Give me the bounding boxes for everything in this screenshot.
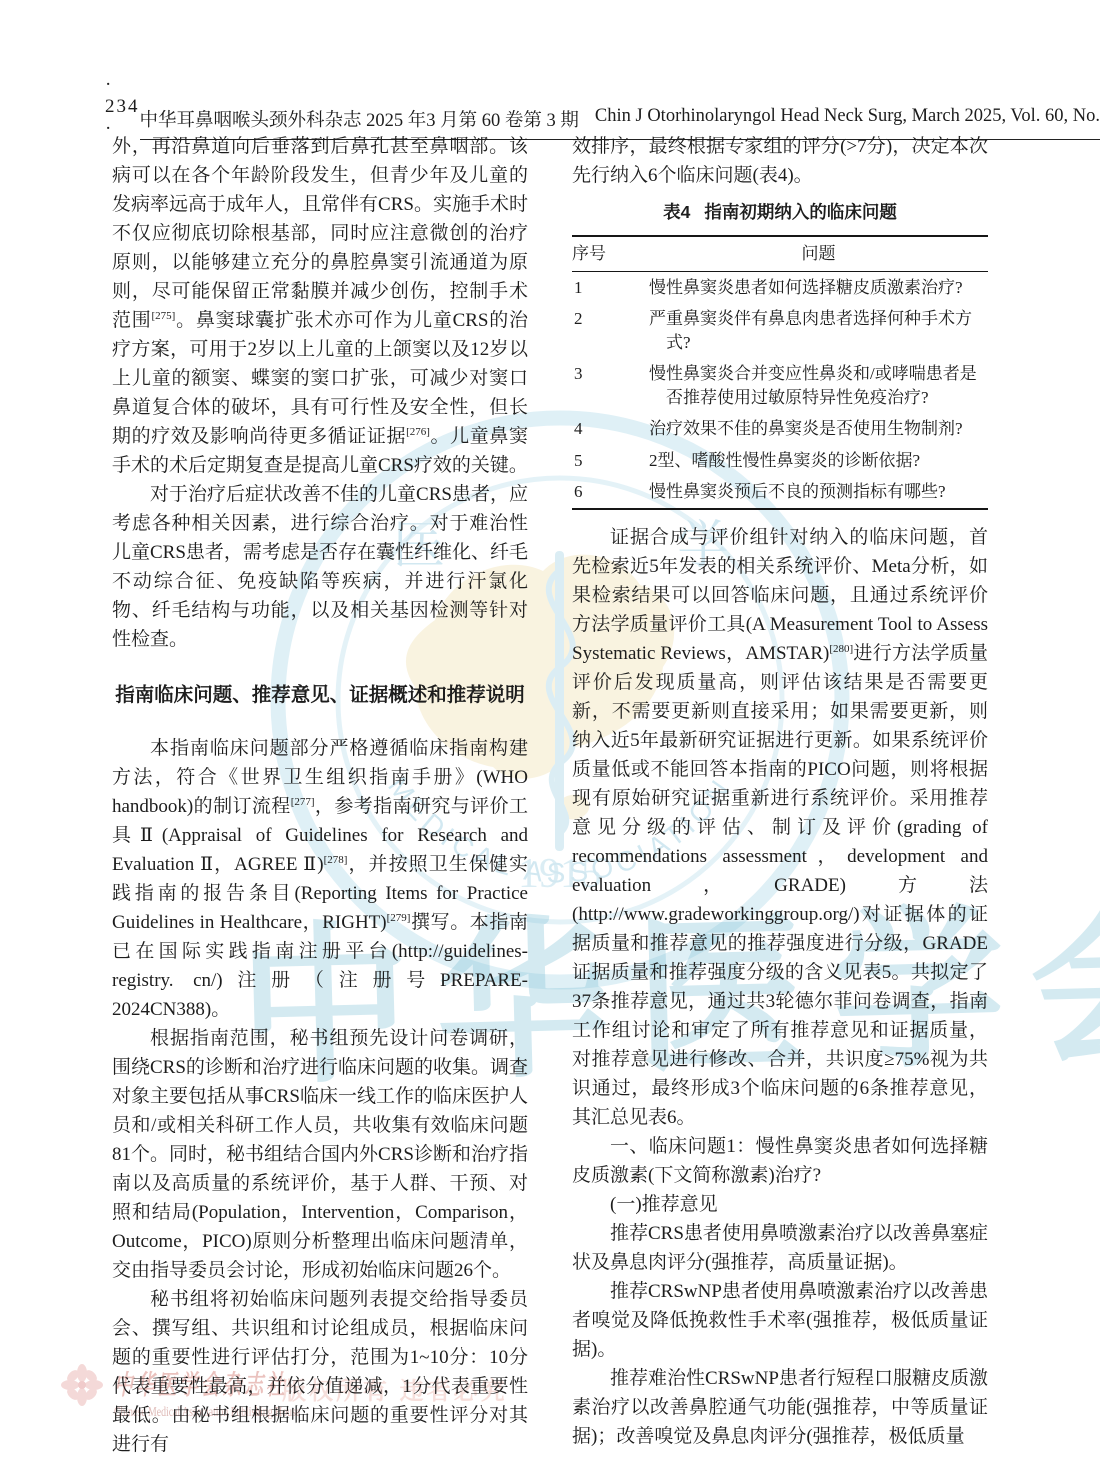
right-column: 效排序，最终根据专家组的评分(>7分)，决定本次先行纳入6个临床问题(表4)。 … bbox=[572, 132, 988, 1459]
reference-marker: [280] bbox=[829, 643, 853, 655]
recommendation-paragraph: 推荐CRSwNP患者使用鼻喷激素治疗以改善患者嗅觉及降低挽救性手术率(强推荐，极… bbox=[572, 1277, 988, 1364]
body-paragraph: 对于治疗后症状改善不佳的儿童CRS患者，应考虑各种相关因素，进行综合治疗。对于难… bbox=[112, 480, 528, 654]
journal-page: 医 学 1915 MEDICAL ASSOCIATION 中华医学会 · 234… bbox=[0, 0, 1100, 1482]
recommendation-paragraph: 推荐CRS患者使用鼻喷激素治疗以改善鼻塞症状及鼻息肉评分(强推荐，高质量证据)。 bbox=[572, 1219, 988, 1277]
recommendation-paragraph: 推荐难治性CRSwNP患者行短程口服糖皮质激素治疗以改善鼻腔通气功能(强推荐，中… bbox=[572, 1364, 988, 1451]
table4-label: 表4 bbox=[663, 202, 690, 222]
reference-marker: [277] bbox=[291, 796, 315, 808]
table-row: 52型、嗜酸性慢性鼻窦炎的诊断依据? bbox=[572, 445, 988, 477]
clinical-question-heading: 一、临床问题1：慢性鼻窦炎患者如何选择糖皮质激素(下文简称激素)治疗? bbox=[572, 1132, 988, 1190]
body-paragraph: 根据指南范围，秘书组预先设计问卷调研，围绕CRS的诊断和治疗进行临床问题的收集。… bbox=[112, 1024, 528, 1285]
body-paragraph: 外，再沿鼻道向后垂落到后鼻孔甚至鼻咽部。该病可以在各个年龄阶段发生，但青少年及儿… bbox=[112, 132, 528, 480]
journal-title-cn: 中华耳鼻咽喉头颈外科杂志 2025 年3 月第 60 卷第 3 期 bbox=[140, 106, 579, 132]
reference-marker: [278] bbox=[324, 854, 348, 866]
table4: 序号 问题 1慢性鼻窦炎患者如何选择糖皮质激素治疗? 2严重鼻窦炎伴有鼻息肉患者… bbox=[572, 235, 988, 510]
reference-marker: [276] bbox=[406, 426, 430, 438]
table-row: 1慢性鼻窦炎患者如何选择糖皮质激素治疗? bbox=[572, 271, 988, 303]
page-header: · 234 · 中华耳鼻咽喉头颈外科杂志 2025 年3 月第 60 卷第 3 … bbox=[105, 74, 1008, 140]
section-heading: 指南临床问题、推荐意见、证据概述和推荐说明 bbox=[112, 681, 528, 710]
body-paragraph: 证据合成与评价组针对纳入的临床问题，首先检索近5年发表的相关系统评价、Meta分… bbox=[572, 523, 988, 1132]
left-column: 外，再沿鼻道向后垂落到后鼻孔甚至鼻咽部。该病可以在各个年龄阶段发生，但青少年及儿… bbox=[112, 132, 528, 1459]
body-paragraph: 效排序，最终根据专家组的评分(>7分)，决定本次先行纳入6个临床问题(表4)。 bbox=[572, 132, 988, 190]
table4-block: 表4指南初期纳入的临床问题 序号 问题 1慢性鼻窦炎患者如何选择糖皮质激素治疗?… bbox=[572, 198, 988, 510]
body-paragraph: 秘书组将初始临床问题列表提交给指导委员会、撰写组、共识组和讨论组成员，根据临床问… bbox=[112, 1285, 528, 1459]
table-row: 4治疗效果不佳的鼻窦炎是否使用生物制剂? bbox=[572, 413, 988, 445]
publisher-flower-icon bbox=[60, 1363, 104, 1407]
column-header-no: 序号 bbox=[572, 236, 649, 271]
table-row: 3慢性鼻窦炎合并变应性鼻炎和/或哮喘患者是否推荐使用过敏原特异性免疫治疗? bbox=[572, 358, 988, 413]
table-row: 6慢性鼻窦炎预后不良的预测指标有哪些? bbox=[572, 476, 988, 509]
subsection-label: (一)推荐意见 bbox=[572, 1190, 988, 1219]
reference-marker: [275] bbox=[152, 310, 176, 322]
table4-title: 表4指南初期纳入的临床问题 bbox=[572, 198, 988, 227]
article-body: 外，再沿鼻道向后垂落到后鼻孔甚至鼻咽部。该病可以在各个年龄阶段发生，但青少年及儿… bbox=[112, 132, 988, 1459]
body-paragraph: 本指南临床问题部分严格遵循临床指南构建方法，符合《世界卫生组织指南手册》(WHO… bbox=[112, 734, 528, 1024]
reference-marker: [279] bbox=[387, 912, 411, 924]
table-header-row: 序号 问题 bbox=[572, 236, 988, 271]
journal-title-en: Chin J Otorhinolaryngol Head Neck Surg, … bbox=[595, 106, 1100, 132]
column-header-question: 问题 bbox=[649, 236, 988, 271]
page-number: · 234 · bbox=[105, 74, 140, 140]
table-row: 2严重鼻窦炎伴有鼻息肉患者选择何种手术方式? bbox=[572, 303, 988, 358]
